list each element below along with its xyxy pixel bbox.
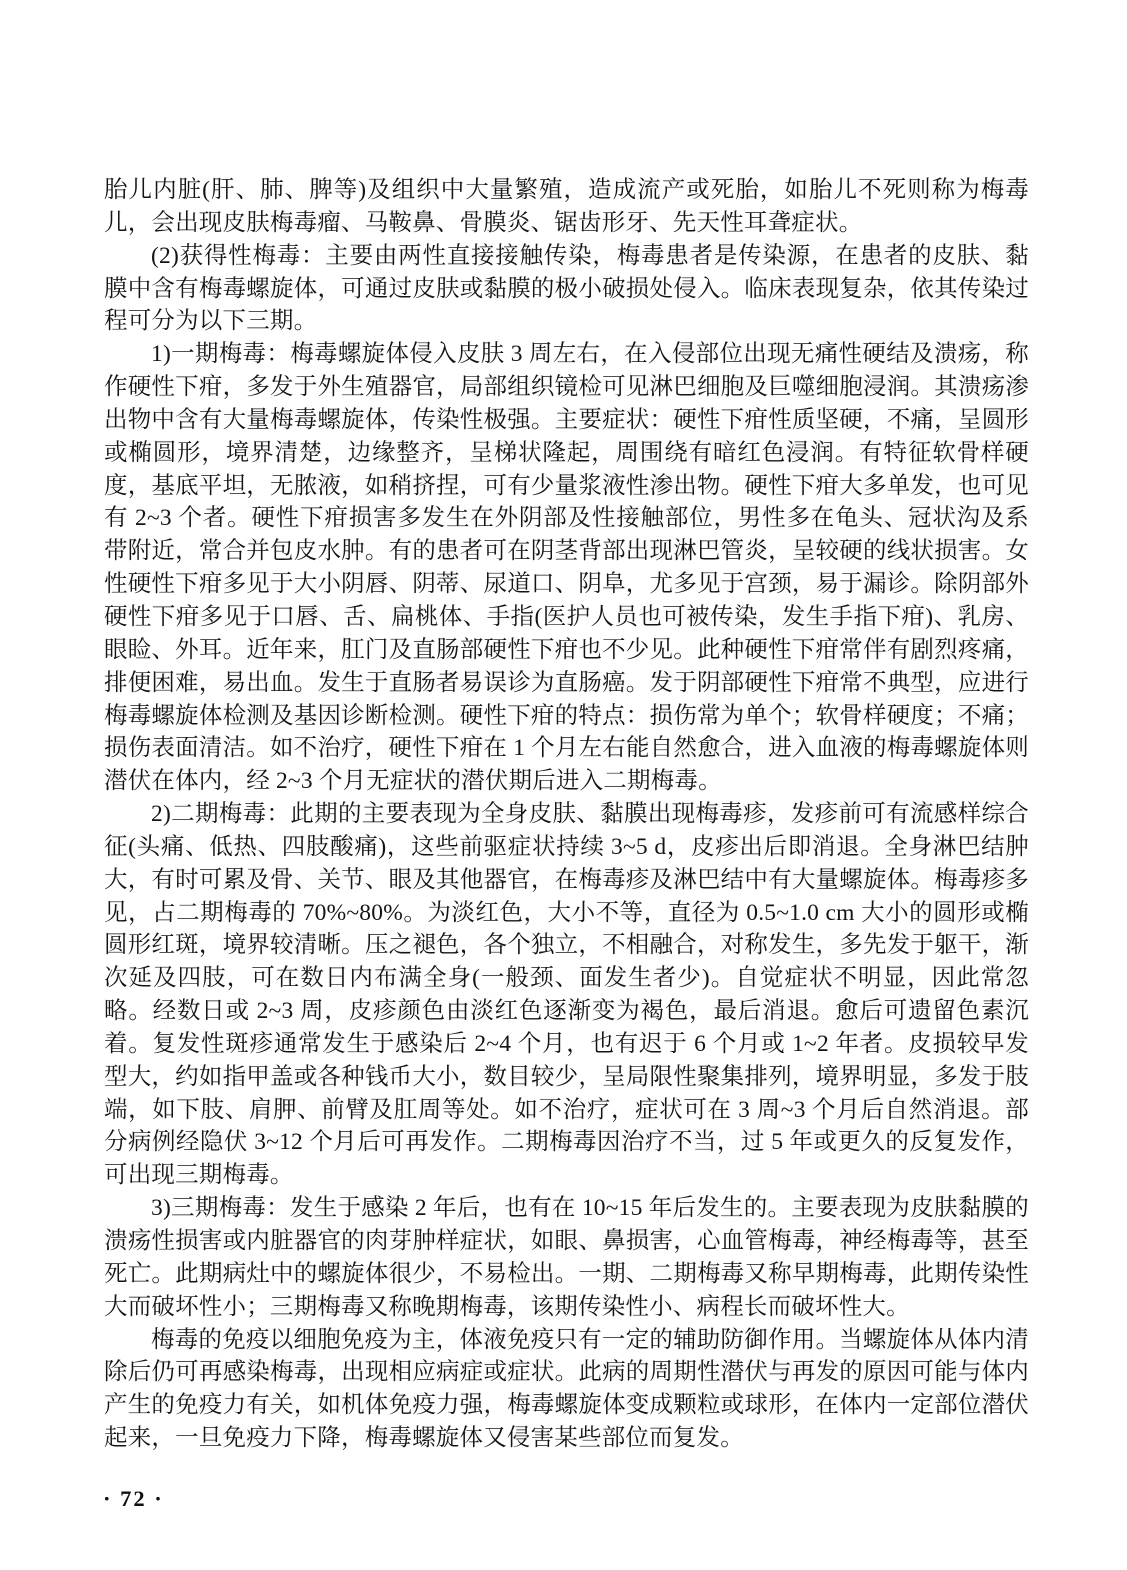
paragraph-primary-syphilis: 1)一期梅毒：梅毒螺旋体侵入皮肤 3 周左右，在入侵部位出现无痛性硬结及溃疡，称… — [104, 338, 1029, 798]
paragraph-acquired-syphilis: (2)获得性梅毒：主要由两性直接接触传染，梅毒患者是传染源，在患者的皮肤、黏膜中… — [104, 240, 1029, 339]
paragraph-congenital-syphilis-continuation: 胎儿内脏(肝、肺、脾等)及组织中大量繁殖，造成流产或死胎，如胎儿不死则称为梅毒儿… — [104, 174, 1029, 240]
paragraph-tertiary-syphilis: 3)三期梅毒：发生于感染 2 年后，也有在 10~15 年后发生的。主要表现为皮… — [104, 1192, 1029, 1323]
document-page: 胎儿内脏(肝、肺、脾等)及组织中大量繁殖，造成流产或死胎，如胎儿不死则称为梅毒儿… — [0, 0, 1127, 1570]
body-text: 胎儿内脏(肝、肺、脾等)及组织中大量繁殖，造成流产或死胎，如胎儿不死则称为梅毒儿… — [104, 174, 1029, 1455]
page-number: · 72 · — [103, 1486, 164, 1512]
paragraph-secondary-syphilis: 2)二期梅毒：此期的主要表现为全身皮肤、黏膜出现梅毒疹，发疹前可有流感样综合征(… — [104, 798, 1029, 1192]
paragraph-syphilis-immunity: 梅毒的免疫以细胞免疫为主，体液免疫只有一定的辅助防御作用。当螺旋体从体内清除后仍… — [104, 1324, 1029, 1455]
